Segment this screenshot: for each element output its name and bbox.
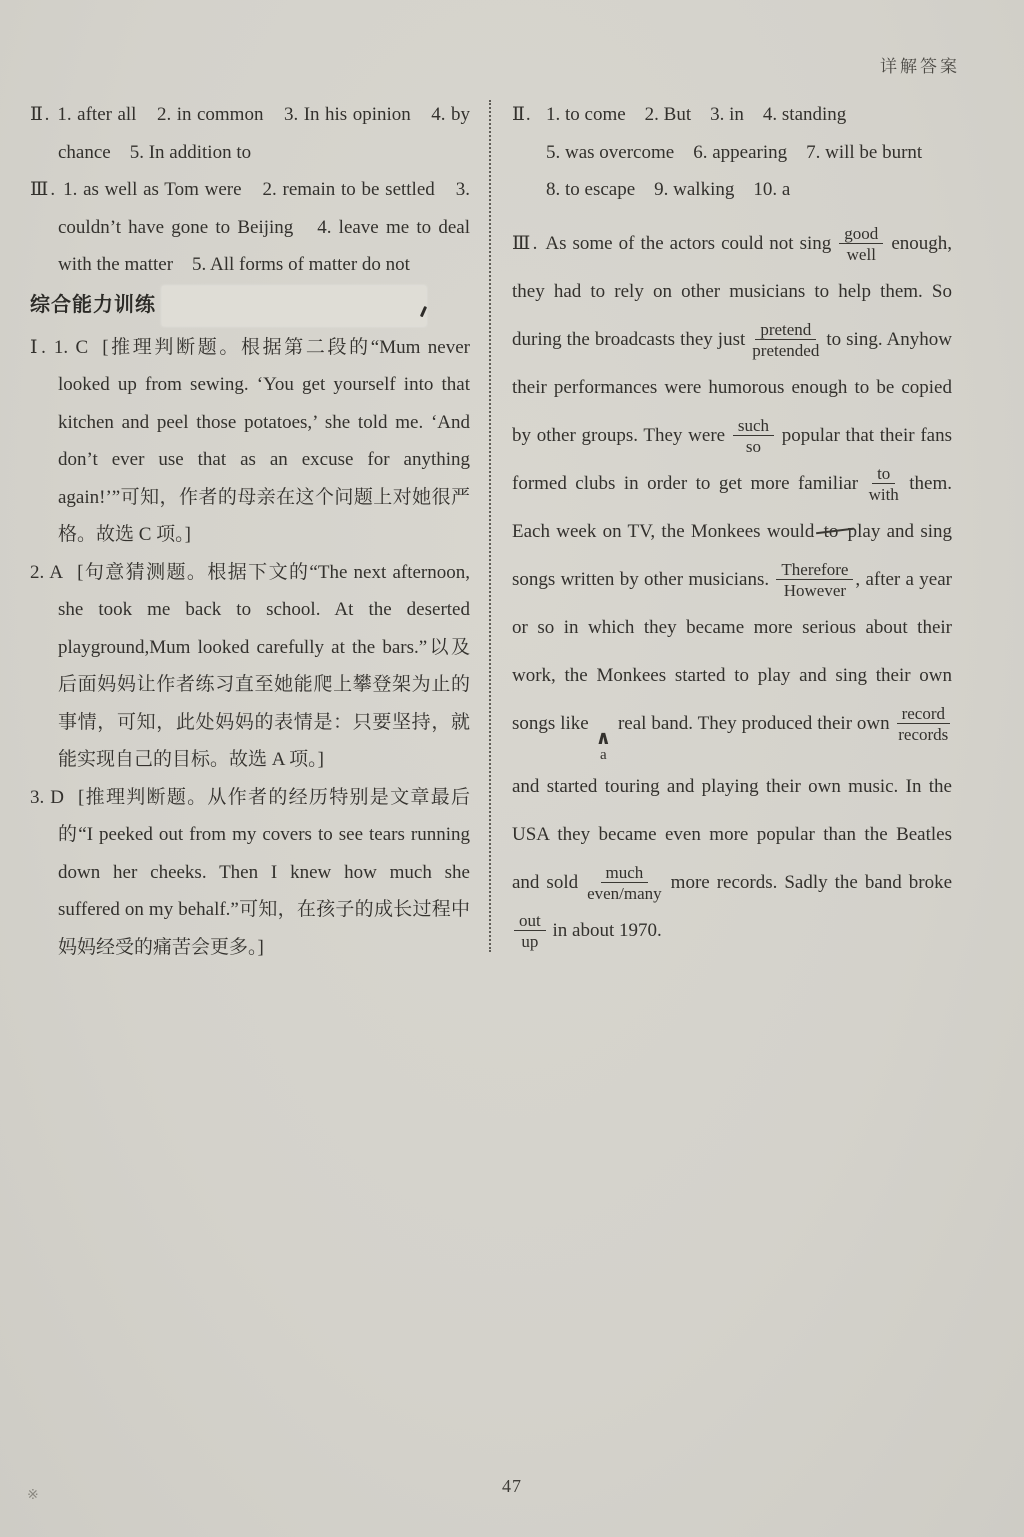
insertion-caret: ∧a — [594, 729, 613, 763]
item-label: Ⅲ. — [30, 179, 56, 200]
fraction-bottom: with — [869, 484, 899, 504]
footer-asterisk-mark: ※ — [27, 1487, 39, 1504]
fraction-bottom: well — [847, 244, 876, 264]
answer-number: 3. D — [30, 787, 64, 808]
answer-explanation: [推理判断题。从作者的经历特别是文章最后的“I peeked out from … — [58, 787, 470, 958]
fraction-top: pretend — [755, 320, 816, 340]
fraction-top: to — [872, 464, 895, 484]
fraction-top: much — [601, 863, 649, 883]
answer-item: Ⅱ.1. after all 2. in common 3. In his op… — [30, 96, 470, 171]
correction-fraction: suchso — [731, 416, 776, 456]
answer-line: 1. to come 2. But 3. in 4. standing — [546, 96, 952, 134]
section-heading: 综合能力训练 — [30, 287, 156, 325]
correction-fraction: recordrecords — [895, 704, 952, 744]
correction-fraction: ThereforeHowever — [774, 560, 855, 600]
cloze-passage-label: Ⅲ. — [512, 233, 538, 254]
section-heading-row: 综合能力训练 — [30, 285, 470, 327]
cloze-passage-content: As some of the actors could not sing goo… — [512, 233, 952, 941]
whiteout-patch — [162, 286, 426, 326]
fraction-bottom: even/many — [587, 883, 662, 903]
page-columns: Ⅱ.1. after all 2. in common 3. In his op… — [30, 96, 984, 974]
fraction-top: record — [897, 704, 950, 724]
item-text: 1. as well as Tom were 2. remain to be s… — [58, 179, 470, 275]
scanned-answer-page: 详解答案 Ⅱ.1. after all 2. in common 3. In h… — [0, 0, 1024, 1537]
page-header-label: 详解答案 — [880, 52, 960, 77]
answer-item: Ⅱ. 1. to come 2. But 3. in 4. standing 5… — [512, 96, 952, 209]
answer-item: Ⅲ.1. as well as Tom were 2. remain to be… — [30, 171, 470, 284]
correction-fraction: goodwell — [837, 224, 885, 264]
left-column: Ⅱ.1. after all 2. in common 3. In his op… — [30, 96, 470, 974]
deleted-word: to — [821, 521, 842, 542]
fraction-top: Therefore — [776, 560, 853, 580]
answer-explanation: [推理判断题。根据第二段的“Mum never looked up from s… — [58, 337, 470, 546]
correction-fraction: pretendpretended — [750, 320, 821, 360]
answer-line: 8. to escape 9. walking 10. a — [546, 171, 952, 209]
caret-letter: a — [600, 748, 607, 763]
cloze-passage: Ⅲ.As some of the actors could not sing g… — [512, 220, 952, 955]
answer-item: Ⅰ.1. C[推理判断题。根据第二段的“Mum never looked up … — [30, 329, 470, 554]
answer-number: 2. A — [30, 562, 63, 583]
pen-mark — [419, 305, 426, 316]
right-column: Ⅱ. 1. to come 2. But 3. in 4. standing 5… — [512, 96, 952, 974]
answer-item: 2. A[句意猜测题。根据下文的“The next afternoon, she… — [30, 554, 470, 779]
answer-item: 3. D[推理判断题。从作者的经历特别是文章最后的“I peeked out f… — [30, 779, 470, 967]
item-lines: 1. to come 2. But 3. in 4. standing 5. w… — [546, 96, 952, 209]
fraction-bottom: so — [746, 436, 761, 456]
fraction-top: good — [839, 224, 883, 244]
fraction-bottom: pretended — [752, 340, 819, 360]
fraction-bottom: records — [898, 724, 948, 744]
item-label: Ⅰ. — [30, 337, 47, 358]
answer-number: 1. C — [54, 337, 88, 358]
fraction-top: such — [733, 416, 774, 436]
fraction-bottom: However — [784, 580, 846, 600]
item-label: Ⅱ. — [30, 104, 50, 125]
answer-explanation: [句意猜测题。根据下文的“The next afternoon, she too… — [58, 562, 470, 771]
correction-fraction: towith — [867, 464, 901, 504]
answer-line: 5. was overcome 6. appearing 7. will be … — [546, 134, 952, 172]
item-text: 1. after all 2. in common 3. In his opin… — [57, 104, 470, 163]
fraction-bottom: up — [521, 931, 538, 951]
caret-mark: ∧ — [596, 729, 611, 748]
page-number: 47 — [0, 1476, 1024, 1497]
correction-fraction: mucheven/many — [585, 863, 664, 903]
fraction-top: out — [514, 911, 546, 931]
correction-fraction: outup — [512, 911, 548, 951]
item-label: Ⅱ. — [512, 96, 546, 209]
